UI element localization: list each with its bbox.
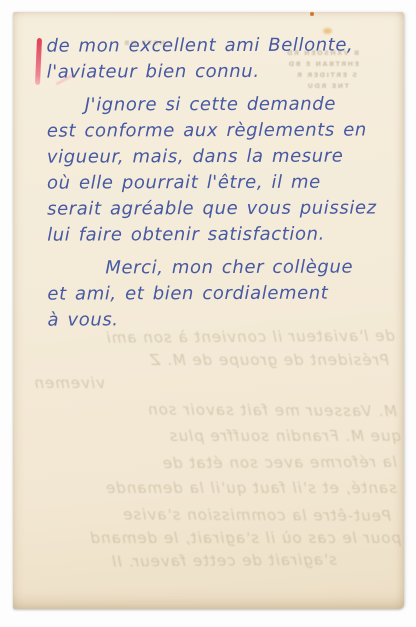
scanned-letter-photo: B VXHSOEN RD EHRTBAN E BD S ERTIDER R TN…: [0, 0, 416, 627]
letter-line: vigueur, mais, dans la mesure: [47, 143, 403, 170]
letter-body: de mon excellent ami Bellonte, l'aviateu…: [46, 25, 403, 340]
letter-line: est conforme aux règlements en: [47, 117, 403, 144]
letter-line: Merci, mon cher collègue: [47, 254, 403, 281]
bleed-through-line: pour le cas où il s'agirait, le demand: [27, 529, 401, 547]
letter-line: serait agréable que vous puissiez: [47, 195, 403, 222]
red-pen-mark: [35, 38, 42, 85]
bleed-through-line: Peut-être la commission s'avise: [29, 505, 391, 525]
bleed-through-line: la réforme avec son état de: [29, 453, 397, 473]
letter-line: de mon excellent ami Bellonte,: [46, 32, 402, 59]
bleed-through-line: M. Vasseur me fait savoir son: [39, 400, 397, 420]
bleed-through-line: que M. Frandin souffre plus: [29, 427, 401, 445]
letter-line: J'ignore si cette demande: [47, 91, 403, 118]
bleed-through-line: s'agirait de cette faveur. Il: [37, 551, 337, 572]
letter-line: où elle pourrait l'être, il me: [47, 169, 403, 196]
letter-line: à vous.: [47, 306, 403, 333]
letter-line: et ami, et bien cordialement: [47, 280, 403, 307]
letter-paragraph: [46, 25, 402, 26]
bleed-through-line: Président de groupe de M. Z: [39, 351, 389, 369]
bleed-through-line: vivement: [35, 374, 105, 392]
letter-line: lui faire obtenir satisfaction.: [47, 221, 403, 248]
orange-ink-dot: [310, 12, 314, 16]
letter-paper-sheet: B VXHSOEN RD EHRTBAN E BD S ERTIDER R TN…: [13, 12, 404, 609]
bleed-through-line: santé, et s'il faut qu'il la demande: [29, 479, 397, 497]
letter-line: l'aviateur bien connu.: [47, 58, 403, 85]
